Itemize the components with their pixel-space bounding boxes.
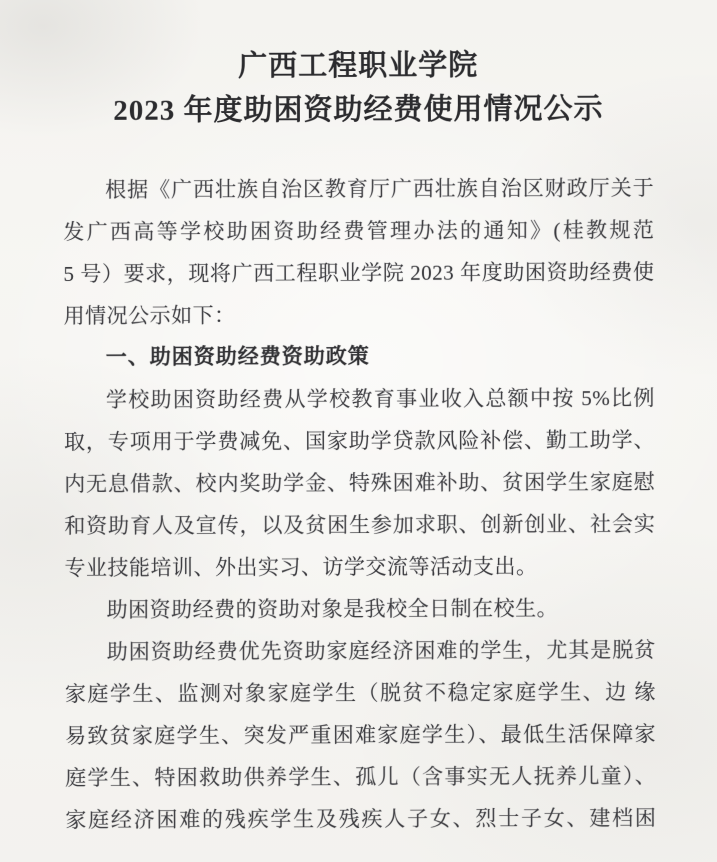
document-title-line1: 广西工程职业学院 (63, 43, 654, 89)
document-sheet: 广西工程职业学院 2023 年度助困资助经费使用情况公示 根据《广西壮族自治区教… (0, 0, 717, 862)
document-title-line2: 2023 年度助困资助经费使用情况公示 (63, 87, 654, 133)
funding-target-paragraph: 助困资助经费的资助对象是我校全日制在校生。 (65, 587, 656, 631)
text-line: 易致贫家庭学生、突发严重困难家庭学生）、最低生活保障家 (65, 713, 656, 757)
priority-paragraph: 助困资助经费优先资助家庭经济困难的学生，尤其是脱贫 家庭学生、监测对象家庭学生（… (65, 629, 657, 841)
text-line: 发广西高等学校助困资助经费管理办法的通知》(桂教规范〔2018〕 (63, 209, 654, 253)
document-body: 根据《广西壮族自治区教育厅广西壮族自治区财政厅关于印 发广西高等学校助困资助经费… (63, 167, 656, 841)
text-line: 和资助育人及宣传，以及贫困生参加求职、创新创业、社会实践、 (64, 503, 655, 547)
policy-paragraph: 学校助困资助经费从学校教育事业收入总额中按 5%比例提 取，专项用于学费减免、国… (64, 377, 656, 589)
text-line: 专业技能培训、外出实习、访学交流等活动支出。 (64, 545, 655, 589)
text-line: 家庭经济困难的残疾学生及残疾人子女、烈士子女、建档困 (65, 797, 656, 841)
text-line: 5 号）要求，现将广西工程职业学院 2023 年度助困资助经费使 (63, 251, 654, 295)
scanned-document-page: 广西工程职业学院 2023 年度助困资助经费使用情况公示 根据《广西壮族自治区教… (0, 0, 717, 862)
section-heading: 一、助困资助经费资助政策 (64, 335, 655, 379)
text-line: 家庭学生、监测对象家庭学生（脱贫不稳定家庭学生、边 缘 (65, 671, 656, 715)
text-line: 内无息借款、校内奖助学金、特殊困难补助、贫困学生家庭慰问 (64, 461, 655, 505)
text-line: 用情况公示如下： (64, 293, 655, 337)
text-line: 取，专项用于学费减免、国家助学贷款风险补偿、勤工助学、校 (64, 419, 655, 463)
text-line: 助困资助经费的资助对象是我校全日制在校生。 (65, 587, 656, 631)
intro-paragraph: 根据《广西壮族自治区教育厅广西壮族自治区财政厅关于印 发广西高等学校助困资助经费… (63, 167, 655, 337)
text-line: 学校助困资助经费从学校教育事业收入总额中按 5%比例提 (64, 377, 655, 421)
text-line: 根据《广西壮族自治区教育厅广西壮族自治区财政厅关于印 (63, 167, 654, 211)
text-line: 助困资助经费优先资助家庭经济困难的学生，尤其是脱贫 (65, 629, 656, 673)
text-line: 庭学生、特困救助供养学生、孤儿（含事实无人抚养儿童）、 (65, 755, 656, 799)
